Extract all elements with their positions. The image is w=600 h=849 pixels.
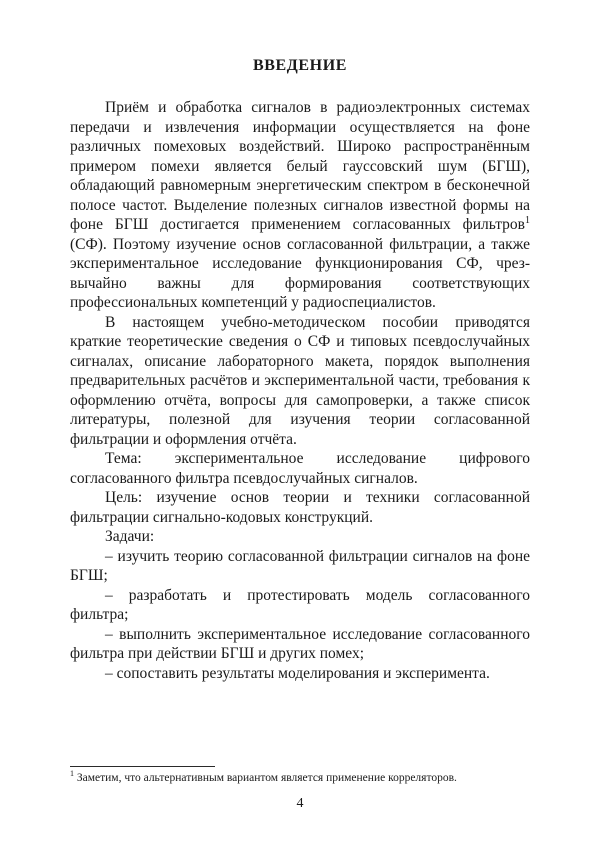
page-content: Приём и обработка сигналов в радиоэлектр… [70, 98, 530, 683]
task-item-3: – выполнить экспериментальное исследован… [70, 625, 530, 664]
footnote-rule [70, 766, 215, 767]
footnote-area: 1 Заметим, что альтернативным вариантом … [70, 766, 530, 785]
tasks-heading: Задачи: [70, 527, 530, 547]
page-number: 4 [0, 796, 600, 812]
intro-paragraph-2: В настоящем учебно-методическом пособии … [70, 313, 530, 450]
footnote-text: Заметим, что альтернативным вариантом яв… [77, 772, 457, 784]
task-item-4: – сопоставить результаты моделирования и… [70, 664, 530, 684]
task-item-1: – изучить теорию согласованной фильтраци… [70, 547, 530, 586]
footnote-marker: 1 [70, 769, 74, 778]
topic-paragraph: Тема: экспериментальное исследование циф… [70, 449, 530, 488]
page-title: ВВЕДЕНИЕ [0, 0, 600, 76]
task-item-2: – разработать и протестировать модель со… [70, 586, 530, 625]
intro-paragraph-1: Приём и обработка сигналов в радиоэлектр… [70, 98, 530, 313]
footnote: 1 Заметим, что альтернативным вариантом … [70, 771, 530, 785]
document-page: ВВЕДЕНИЕ Приём и обработка сигналов в ра… [0, 0, 600, 849]
goal-paragraph: Цель: изучение основ теории и техники со… [70, 488, 530, 527]
footnote-reference: 1 [525, 215, 530, 226]
